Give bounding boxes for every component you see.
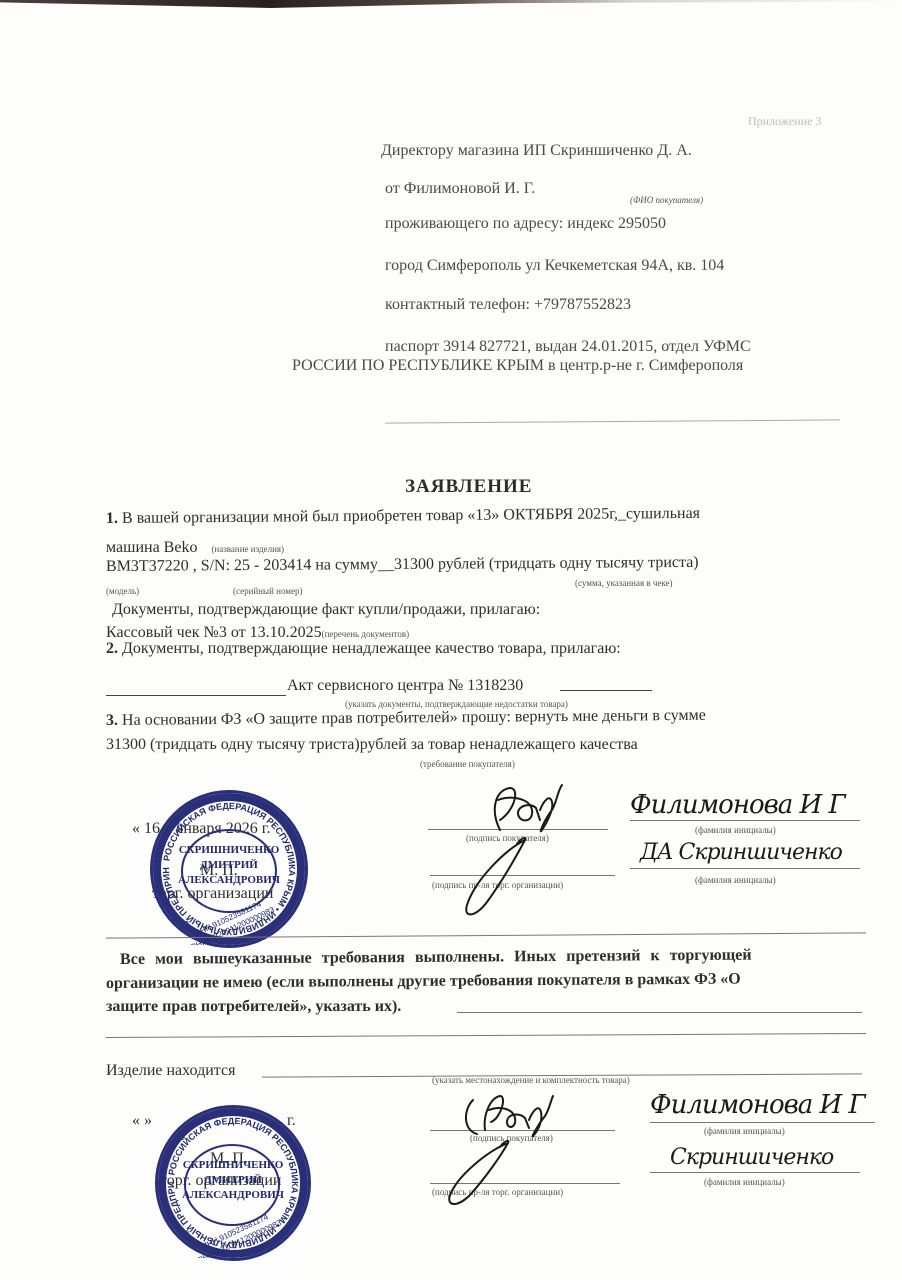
seller-name-handwritten-1: ДА Скриншиченко xyxy=(640,840,842,865)
section2-label: Документы, подтверждающие ненадлежащее к… xyxy=(122,640,621,657)
product-name: машина Beko xyxy=(106,539,197,556)
address-line-2: город Симферополь ул Кечкеметская 94А, к… xyxy=(385,257,724,275)
completion-line3: защите прав потребителей», указать их). xyxy=(106,998,401,1016)
stamp-name-1-line2: ДМИТРИЙ xyxy=(153,858,305,873)
section1-text-1: В вашей организации мной был приобретен … xyxy=(122,505,700,527)
date-2: « » xyxy=(132,1112,152,1130)
section3-number: 3. xyxy=(106,712,118,729)
stamp-name-2-line3: АЛЕКСАНДРОВИЧ xyxy=(158,1188,308,1203)
seller-name-line-2 xyxy=(650,1172,860,1173)
serial-hint: (серийный номер) xyxy=(233,586,303,596)
passport-line-2: РОССИИ ПО РЕСПУБЛИКЕ КРЫМ в центр.р-не г… xyxy=(292,357,743,375)
section2-underline-left xyxy=(106,695,286,696)
seller-signature-2 xyxy=(440,1135,520,1210)
buyer-name-line-2 xyxy=(650,1122,875,1123)
completion-line1: Все мои вышеуказанные требования выполне… xyxy=(120,947,752,969)
stamp-name-1-line1: СКРИШНИЧЕНКО xyxy=(153,843,305,858)
scan-edge-shadow xyxy=(0,0,902,8)
section1-line1: 1. В вашей организации мной был приобрет… xyxy=(106,505,700,528)
divider-2 xyxy=(106,1033,866,1038)
phone-line: контактный телефон: +79787552823 xyxy=(385,296,631,314)
seller-signature-1 xyxy=(455,830,535,920)
location-label: Изделие находится xyxy=(106,1062,235,1080)
purchase-docs-hint: (перечень документов) xyxy=(322,629,410,639)
sum-hint: (сумма, указанная в чеке) xyxy=(575,578,673,588)
header-underline xyxy=(385,419,840,423)
passport-line-1: паспорт 3914 827721, выдан 24.01.2015, о… xyxy=(385,338,751,356)
section1-line3: BM3T37220 , S/N: 25 - 203414 на сумму__3… xyxy=(106,554,699,576)
sender-name-hint: (ФИО покупателя) xyxy=(630,195,703,205)
product-name-hint: (название изделия) xyxy=(211,544,284,554)
section3-text-2: 31300 (тридцать одну тысячу триста)рубле… xyxy=(106,736,638,754)
seller-name-line-1 xyxy=(630,868,860,869)
sender-name: от Филимоновой И. Г. xyxy=(385,180,535,198)
section1-line2: машина Beko (название изделия) xyxy=(106,539,284,557)
buyer-name-line-1 xyxy=(630,820,860,821)
section2-underline-right xyxy=(560,690,652,691)
buyer-name-handwritten-1: Филимонова И Г xyxy=(630,790,845,820)
section2-line: 2. Документы, подтверждающие ненадлежаще… xyxy=(106,640,621,658)
appendix-label: Приложение 3 xyxy=(748,114,821,129)
section3-hint: (требование покупателя) xyxy=(420,759,515,769)
section3-line1: 3. На основании ФЗ «О защите прав потреб… xyxy=(106,707,706,730)
section1-number: 1. xyxy=(106,510,118,527)
purchase-docs-label: Документы, подтверждающие факт купли/про… xyxy=(112,601,540,619)
completion-underline xyxy=(457,1012,862,1013)
address-line-1: проживающего по адресу: индекс 295050 xyxy=(385,215,666,233)
addressee: Директору магазина ИП Скриншиченко Д. А. xyxy=(381,142,692,160)
buyer-name-handwritten-2: Филимонова И Г xyxy=(650,1090,865,1120)
seller-name-hint-1: (фамилия инициалы) xyxy=(695,875,776,885)
stamp-name-2-line2: ДМИТРИЙ xyxy=(158,1173,308,1188)
company-stamp-1: РОССИЙСКАЯ ФЕДЕРАЦИЯ РЕСПУБЛИКА КРЫМ • И… xyxy=(150,790,308,948)
service-act: Акт сервисного центра № 1318230 xyxy=(287,677,523,695)
document-title: ЗАЯВЛЕНИЕ xyxy=(405,476,532,498)
section3-text-1: На основании ФЗ «О защите прав потребите… xyxy=(122,707,706,729)
seller-name-handwritten-2: Скриншиченко xyxy=(670,1145,833,1170)
stamp-name-1-line3: АЛЕКСАНДРОВИЧ xyxy=(153,873,305,888)
stamp-name-2-line1: СКРИШНИЧЕНКО xyxy=(158,1158,308,1173)
completion-line2: организации не имею (если выполнены друг… xyxy=(106,971,741,993)
company-stamp-2: РОССИЙСКАЯ ФЕДЕРАЦИЯ РЕСПУБЛИКА КРЫМ • И… xyxy=(155,1105,311,1261)
section2-number: 2. xyxy=(106,640,118,657)
location-hint: (указать местонахождение и комплектность… xyxy=(432,1075,630,1085)
buyer-name-hint-1: (фамилия инициалы) xyxy=(695,825,776,835)
model-hint: (модель) xyxy=(106,586,139,596)
buyer-name-hint-2: (фамилия инициалы) xyxy=(704,1126,785,1136)
buyer-signature-2 xyxy=(455,1090,565,1140)
seller-name-hint-2: (фамилия инициалы) xyxy=(704,1177,785,1187)
